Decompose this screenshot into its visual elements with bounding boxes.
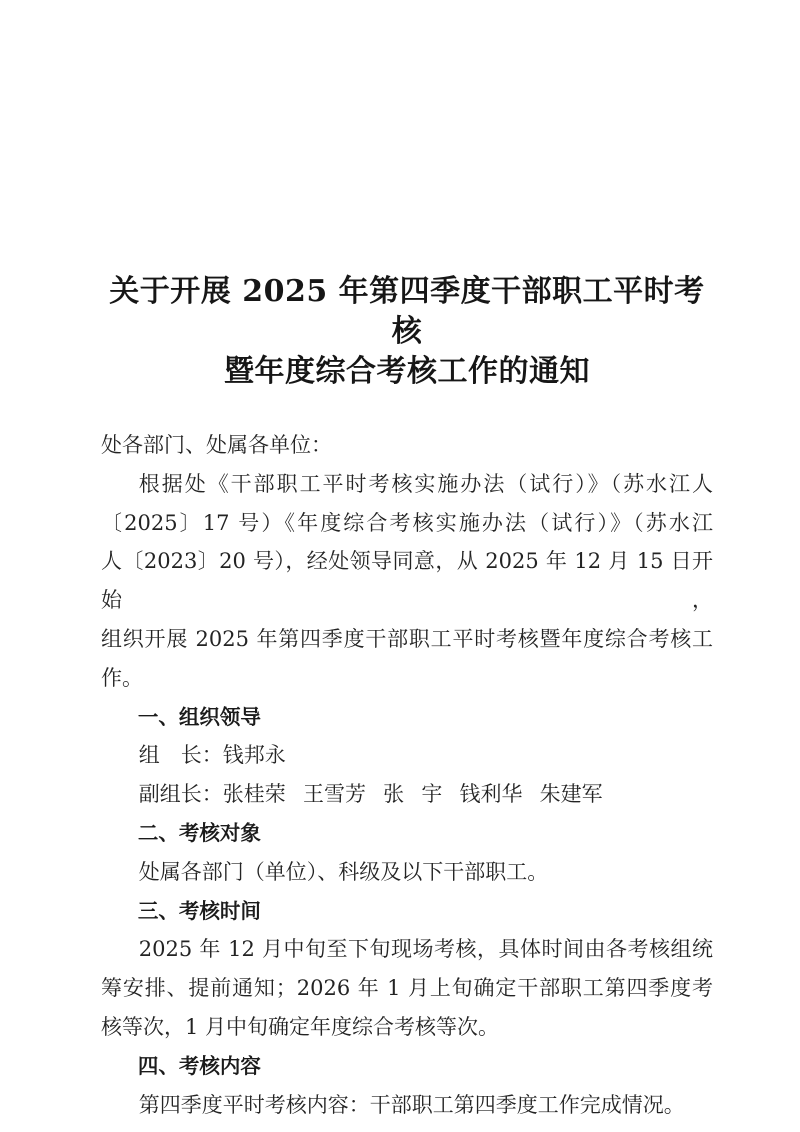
section-heading: 四、考核内容 [101, 1047, 713, 1086]
body-line: 核等次，1 月中旬确定年度综合考核等次。 [101, 1008, 713, 1047]
document-page: 关于开展 2025 年第四季度干部职工平时考核 暨年度综合考核工作的通知 处各部… [0, 0, 800, 1132]
section-heading: 一、组织领导 [101, 698, 713, 737]
body-line: 副组长：张桂荣 王雪芳 张 宇 钱利华 朱建军 [101, 775, 713, 814]
document-content: 关于开展 2025 年第四季度干部职工平时考核 暨年度综合考核工作的通知 处各部… [0, 0, 800, 1124]
body-line: 处属各部门（单位）、科级及以下干部职工。 [101, 853, 713, 892]
section-heading: 二、考核对象 [101, 814, 713, 853]
section-heading: 三、考核时间 [101, 892, 713, 931]
document-body: 处各部门、处属各单位：根据处《干部职工平时考核实施办法（试行）》（苏水江人〔20… [101, 426, 713, 1124]
document-title-line-1: 关于开展 2025 年第四季度干部职工平时考核 [101, 272, 713, 352]
body-line: 组 长：钱邦永 [101, 736, 713, 775]
body-line: 〔2025〕17 号）《年度综合考核实施办法（试行）》（苏水江 [101, 504, 713, 543]
body-line: 筹安排、提前通知；2026 年 1 月上旬确定干部职工第四季度考 [101, 969, 713, 1008]
body-line: 人〔2023〕20 号），经处领导同意，从 2025 年 12 月 15 日开始… [101, 542, 713, 620]
document-title-line-2: 暨年度综合考核工作的通知 [101, 352, 713, 392]
document-title: 关于开展 2025 年第四季度干部职工平时考核 暨年度综合考核工作的通知 [101, 272, 713, 392]
body-line: 2025 年 12 月中旬至下旬现场考核，具体时间由各考核组统 [101, 930, 713, 969]
salutation-line: 处各部门、处属各单位： [101, 426, 713, 465]
body-line: 根据处《干部职工平时考核实施办法（试行）》（苏水江人 [101, 465, 713, 504]
body-line: 第四季度平时考核内容：干部职工第四季度工作完成情况。 [101, 1086, 713, 1125]
body-line: 组织开展 2025 年第四季度干部职工平时考核暨年度综合考核工 [101, 620, 713, 659]
body-line: 作。 [101, 659, 713, 698]
